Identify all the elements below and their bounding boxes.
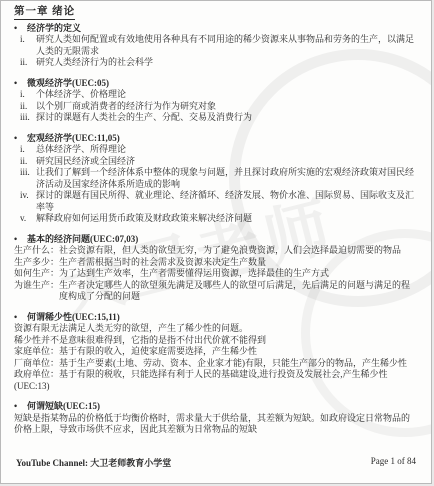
chapter-title: 第一章 绪论 xyxy=(14,6,75,20)
item-text: 如何生产：为了达到生产效率，生产者需要懂得运用资源，选择最佳的生产方式 xyxy=(14,268,418,280)
item-text: 家庭单位：基于有限的收入，迫使家庭需要选择，产生稀少性 xyxy=(14,346,418,358)
section-heading-row: • 何谓稀少性(UEC:15,11) xyxy=(14,312,418,324)
list-item: 如何生产：为了达到生产效率，生产者需要懂得运用资源，选择最佳的生产方式 xyxy=(14,268,418,280)
item-text: 探讨的课题有人类社会的生产、分配、交易及消费行为 xyxy=(36,112,418,124)
item-numeral: i. xyxy=(14,144,36,156)
section-heading-row: • 微观经济学(UEC:05) xyxy=(14,78,418,90)
section-heading: 微观经济学(UEC:05) xyxy=(27,78,109,90)
document-content: 第一章 绪论 • 经济学的定义 i. 研究人类如何配置或有效地使用各种具有不同用… xyxy=(1,1,431,445)
section-scarcity: • 何谓稀少性(UEC:15,11) 资源有限无法满足人类无穷的欲望，产生了稀少… xyxy=(14,312,418,393)
section-heading: 基本的经济问题(UEC:07,03) xyxy=(27,234,138,246)
item-text: 研究人类如何配置或有效地使用各种具有不同用途的稀少资源来从事物品和劳务的生产，以… xyxy=(36,34,418,57)
list-item: i. 个体经济学、价格理论 xyxy=(14,89,418,101)
item-text: 为谁生产：生产者决定哪些人的欲望须先满足及哪些人的欲望可后满足，先后满足的问题与… xyxy=(14,280,418,303)
section-microeconomics: • 微观经济学(UEC:05) i. 个体经济学、价格理论 ii. 以个别厂商或… xyxy=(14,78,418,124)
section-macroeconomics: • 宏观经济学(UEC:11,05) i. 总体经济学、所得理论 ii. 研究国… xyxy=(14,133,418,225)
list-item: i. 总体经济学、所得理论 xyxy=(14,144,418,156)
footer-channel-label: YouTube Channel: 大卫老师教育小学堂 xyxy=(16,456,171,469)
list-item: 家庭单位：基于有限的收入，迫使家庭需要选择，产生稀少性 xyxy=(14,346,418,358)
bullet-icon: • xyxy=(14,78,27,90)
section-heading: 何谓短缺(UEC:15) xyxy=(27,401,100,413)
list-item: iv. 探讨的课题有国民所得、就业理论、经济循环、经济发展、物价水准、国际贸易、… xyxy=(14,190,418,213)
item-text: 解释政府如何运用货币政策及财政政策来解决经济问题 xyxy=(36,213,418,225)
item-text: 政府单位：基于有限的税收，只能选择有利于人民的基础建设,进行投资及发展社会,产生… xyxy=(14,369,418,392)
bullet-icon: • xyxy=(14,401,27,413)
item-text: 探讨的课题有国民所得、就业理论、经济循环、经济发展、物价水准、国际贸易、国际收支… xyxy=(36,190,418,213)
list-item: i. 研究人类如何配置或有效地使用各种具有不同用途的稀少资源来从事物品和劳务的生… xyxy=(14,34,418,57)
item-text: 生产多少：生产者需根据当时的社会需求及资源来决定生产数量 xyxy=(14,257,418,269)
section-heading-row: • 宏观经济学(UEC:11,05) xyxy=(14,133,418,145)
list-item: 厂商单位：基于生产要素(土地、劳动、资本、企业家才能)有限，只能生产部分的物品，… xyxy=(14,358,418,370)
bullet-icon: • xyxy=(14,234,27,246)
item-numeral: v. xyxy=(14,213,36,225)
page-footer: YouTube Channel: 大卫老师教育小学堂 Page 1 of 84 xyxy=(1,456,431,469)
section-heading-row: • 基本的经济问题(UEC:07,03) xyxy=(14,234,418,246)
list-item: 稀少性并不是意味很难得到，它指的是指不付出代价就不能得到 xyxy=(14,335,418,347)
section-economics-definition: • 经济学的定义 i. 研究人类如何配置或有效地使用各种具有不同用途的稀少资源来… xyxy=(14,23,418,69)
item-numeral: ii. xyxy=(14,101,36,113)
item-numeral: iii. xyxy=(14,167,36,190)
item-text: 让我们了解到一个经济体系中整体的现象与问题，并且探讨政府所实施的宏观经济政策对国… xyxy=(36,167,418,190)
section-heading-row: • 何谓短缺(UEC:15) xyxy=(14,401,418,413)
item-text: 个体经济学、价格理论 xyxy=(36,89,418,101)
item-numeral: ii. xyxy=(14,57,36,69)
item-text: 厂商单位：基于生产要素(土地、劳动、资本、企业家才能)有限，只能生产部分的物品，… xyxy=(14,358,418,370)
document-page: 大卫老师 第一章 绪论 • 经济学的定义 i. 研究人类如何配置或有效地使用各种… xyxy=(0,0,432,484)
item-text: 总体经济学、所得理论 xyxy=(36,144,418,156)
item-text: 资源有限无法满足人类无穷的欲望，产生了稀少性的问题。 xyxy=(14,323,418,335)
list-item: 短缺是指某物品的价格低于均衡价格时，需求量大于供给量，其差额为短缺。如政府设定日… xyxy=(14,413,418,436)
item-text: 研究国民经济或全国经济 xyxy=(36,156,418,168)
item-text: 以个别厂商或消费者的经济行为作为研究对象 xyxy=(36,101,418,113)
list-item: ii. 以个别厂商或消费者的经济行为作为研究对象 xyxy=(14,101,418,113)
list-item: 生产什么：社会资源有限，但人类的欲望无穷，为了避免浪费资源，人们会选择最迫切需要… xyxy=(14,245,418,257)
section-shortage: • 何谓短缺(UEC:15) 短缺是指某物品的价格低于均衡价格时，需求量大于供给… xyxy=(14,401,418,436)
list-item: 政府单位：基于有限的税收，只能选择有利于人民的基础建设,进行投资及发展社会,产生… xyxy=(14,369,418,392)
section-basic-economic-problems: • 基本的经济问题(UEC:07,03) 生产什么：社会资源有限，但人类的欲望无… xyxy=(14,234,418,303)
section-heading: 何谓稀少性(UEC:15,11) xyxy=(27,312,120,324)
section-heading: 宏观经济学(UEC:11,05) xyxy=(27,133,120,145)
list-item: 资源有限无法满足人类无穷的欲望，产生了稀少性的问题。 xyxy=(14,323,418,335)
list-item: ii. 研究人类经济行为的社会科学 xyxy=(14,57,418,69)
item-text: 短缺是指某物品的价格低于均衡价格时，需求量大于供给量，其差额为短缺。如政府设定日… xyxy=(14,413,418,436)
item-numeral: iii. xyxy=(14,112,36,124)
item-text: 生产什么：社会资源有限，但人类的欲望无穷，为了避免浪费资源，人们会选择最迫切需要… xyxy=(14,245,418,257)
footer-page-number: Page 1 of 84 xyxy=(371,456,416,469)
section-heading-row: • 经济学的定义 xyxy=(14,23,418,35)
bullet-icon: • xyxy=(14,23,27,35)
list-item: ii. 研究国民经济或全国经济 xyxy=(14,156,418,168)
list-item: iii. 让我们了解到一个经济体系中整体的现象与问题，并且探讨政府所实施的宏观经… xyxy=(14,167,418,190)
list-item: 生产多少：生产者需根据当时的社会需求及资源来决定生产数量 xyxy=(14,257,418,269)
list-item: iii. 探讨的课题有人类社会的生产、分配、交易及消费行为 xyxy=(14,112,418,124)
item-numeral: i. xyxy=(14,34,36,57)
section-heading: 经济学的定义 xyxy=(27,23,81,35)
item-text: 稀少性并不是意味很难得到，它指的是指不付出代价就不能得到 xyxy=(14,335,418,347)
bullet-icon: • xyxy=(14,312,27,324)
bullet-icon: • xyxy=(14,133,27,145)
list-item: 为谁生产：生产者决定哪些人的欲望须先满足及哪些人的欲望可后满足，先后满足的问题与… xyxy=(14,280,418,303)
item-numeral: i. xyxy=(14,89,36,101)
item-text: 研究人类经济行为的社会科学 xyxy=(36,57,418,69)
item-numeral: ii. xyxy=(14,156,36,168)
list-item: v. 解释政府如何运用货币政策及财政政策来解决经济问题 xyxy=(14,213,418,225)
item-numeral: iv. xyxy=(14,190,36,213)
